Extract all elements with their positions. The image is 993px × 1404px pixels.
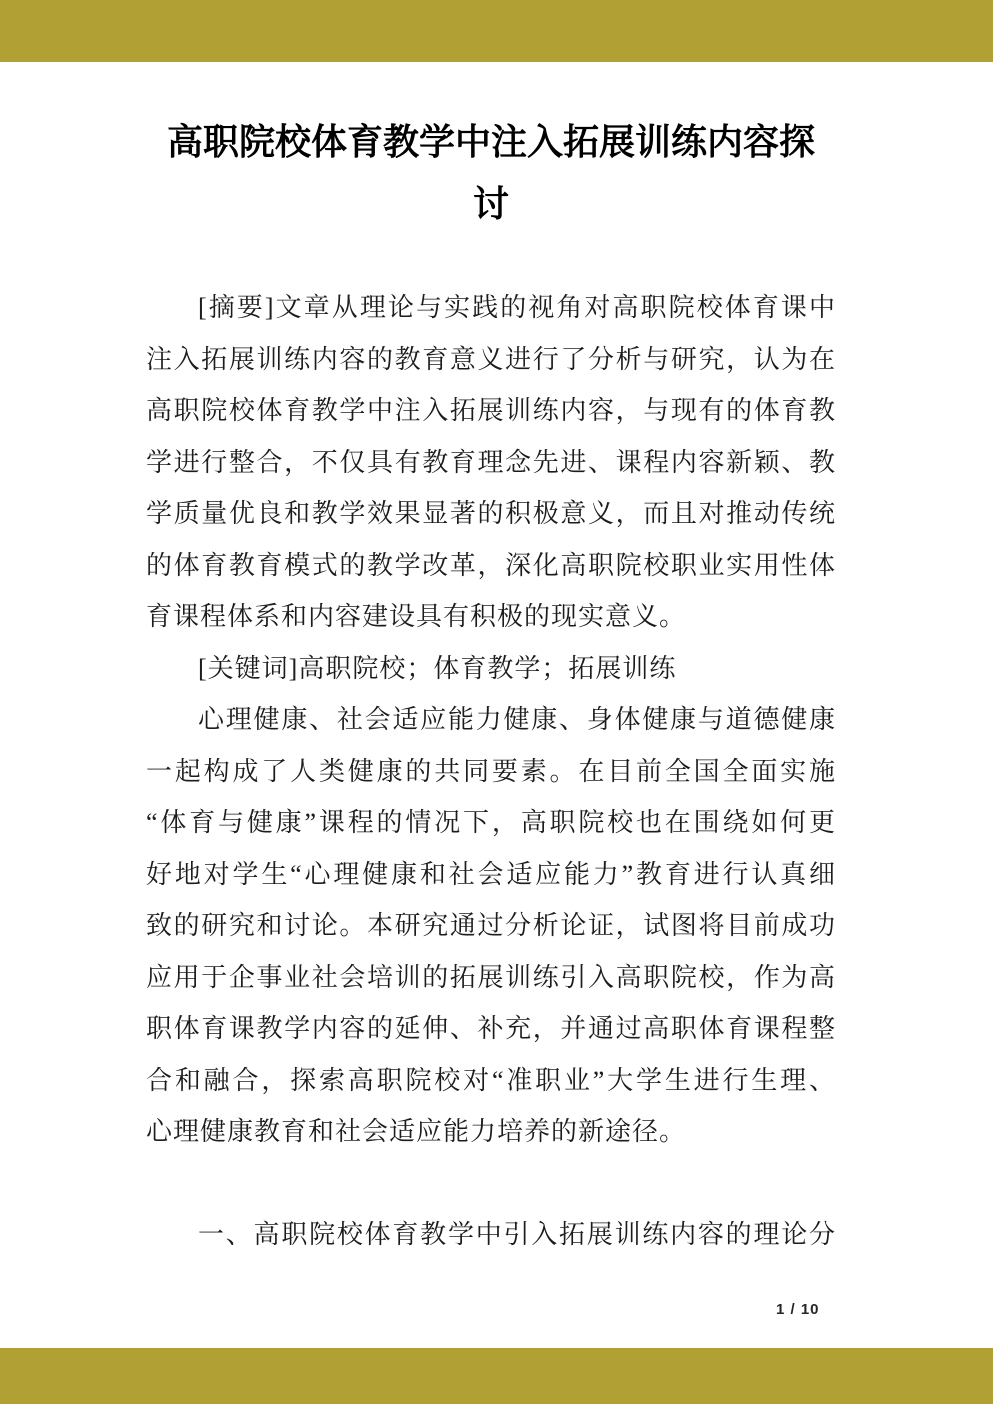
text-line: 学进行整合，不仅具有教育理念先进、课程内容新颖、教	[146, 437, 836, 489]
text-line: 致的研究和讨论。本研究通过分析论证，试图将目前成功	[146, 900, 836, 952]
viewer-background-bottom	[0, 1348, 993, 1404]
text-line: 合和融合，探索高职院校对“准职业”大学生进行生理、	[146, 1055, 836, 1107]
document-title: 高职院校体育教学中注入拓展训练内容探 讨	[146, 111, 836, 235]
document-body: [摘要]文章从理论与实践的视角对高职院校体育课中 注入拓展训练内容的教育意义进行…	[146, 282, 836, 1261]
text-line: 高职院校体育教学中注入拓展训练内容，与现有的体育教	[146, 385, 836, 437]
section-heading-line: 一、高职院校体育教学中引入拓展训练内容的理论分	[146, 1209, 836, 1261]
text-line: 的体育教育模式的教学改革，深化高职院校职业实用性体	[146, 540, 836, 592]
text-line: 心理健康教育和社会适应能力培养的新途径。	[146, 1106, 836, 1158]
title-line-1: 高职院校体育教学中注入拓展训练内容探	[146, 111, 836, 173]
text-line: 应用于企事业社会培训的拓展训练引入高职院校，作为高	[146, 952, 836, 1004]
text-line: 好地对学生“心理健康和社会适应能力”教育进行认真细	[146, 849, 836, 901]
text-line: 心理健康、社会适应能力健康、身体健康与道德健康	[146, 694, 836, 746]
title-line-2: 讨	[146, 173, 836, 235]
text-line: 一起构成了人类健康的共同要素。在目前全国全面实施	[146, 746, 836, 798]
text-line: “体育与健康”课程的情况下，高职院校也在围绕如何更	[146, 797, 836, 849]
document-page: 高职院校体育教学中注入拓展训练内容探 讨 [摘要]文章从理论与实践的视角对高职院…	[0, 62, 993, 1348]
text-line: 育课程体系和内容建设具有积极的现实意义。	[146, 591, 836, 643]
page-number: 1 / 10	[776, 1301, 820, 1318]
viewer-background-top	[0, 0, 993, 62]
text-line: [摘要]文章从理论与实践的视角对高职院校体育课中	[146, 282, 836, 334]
text-line: 职体育课教学内容的延伸、补充，并通过高职体育课程整	[146, 1003, 836, 1055]
blank-line	[146, 1158, 836, 1210]
text-line: 注入拓展训练内容的教育意义进行了分析与研究，认为在	[146, 334, 836, 386]
text-line: 学质量优良和教学效果显著的积极意义，而且对推动传统	[146, 488, 836, 540]
document-viewer: { "viewer": { "background_color": "#b1a1…	[0, 0, 993, 1404]
text-line: [关键词]高职院校；体育教学；拓展训练	[146, 643, 836, 695]
